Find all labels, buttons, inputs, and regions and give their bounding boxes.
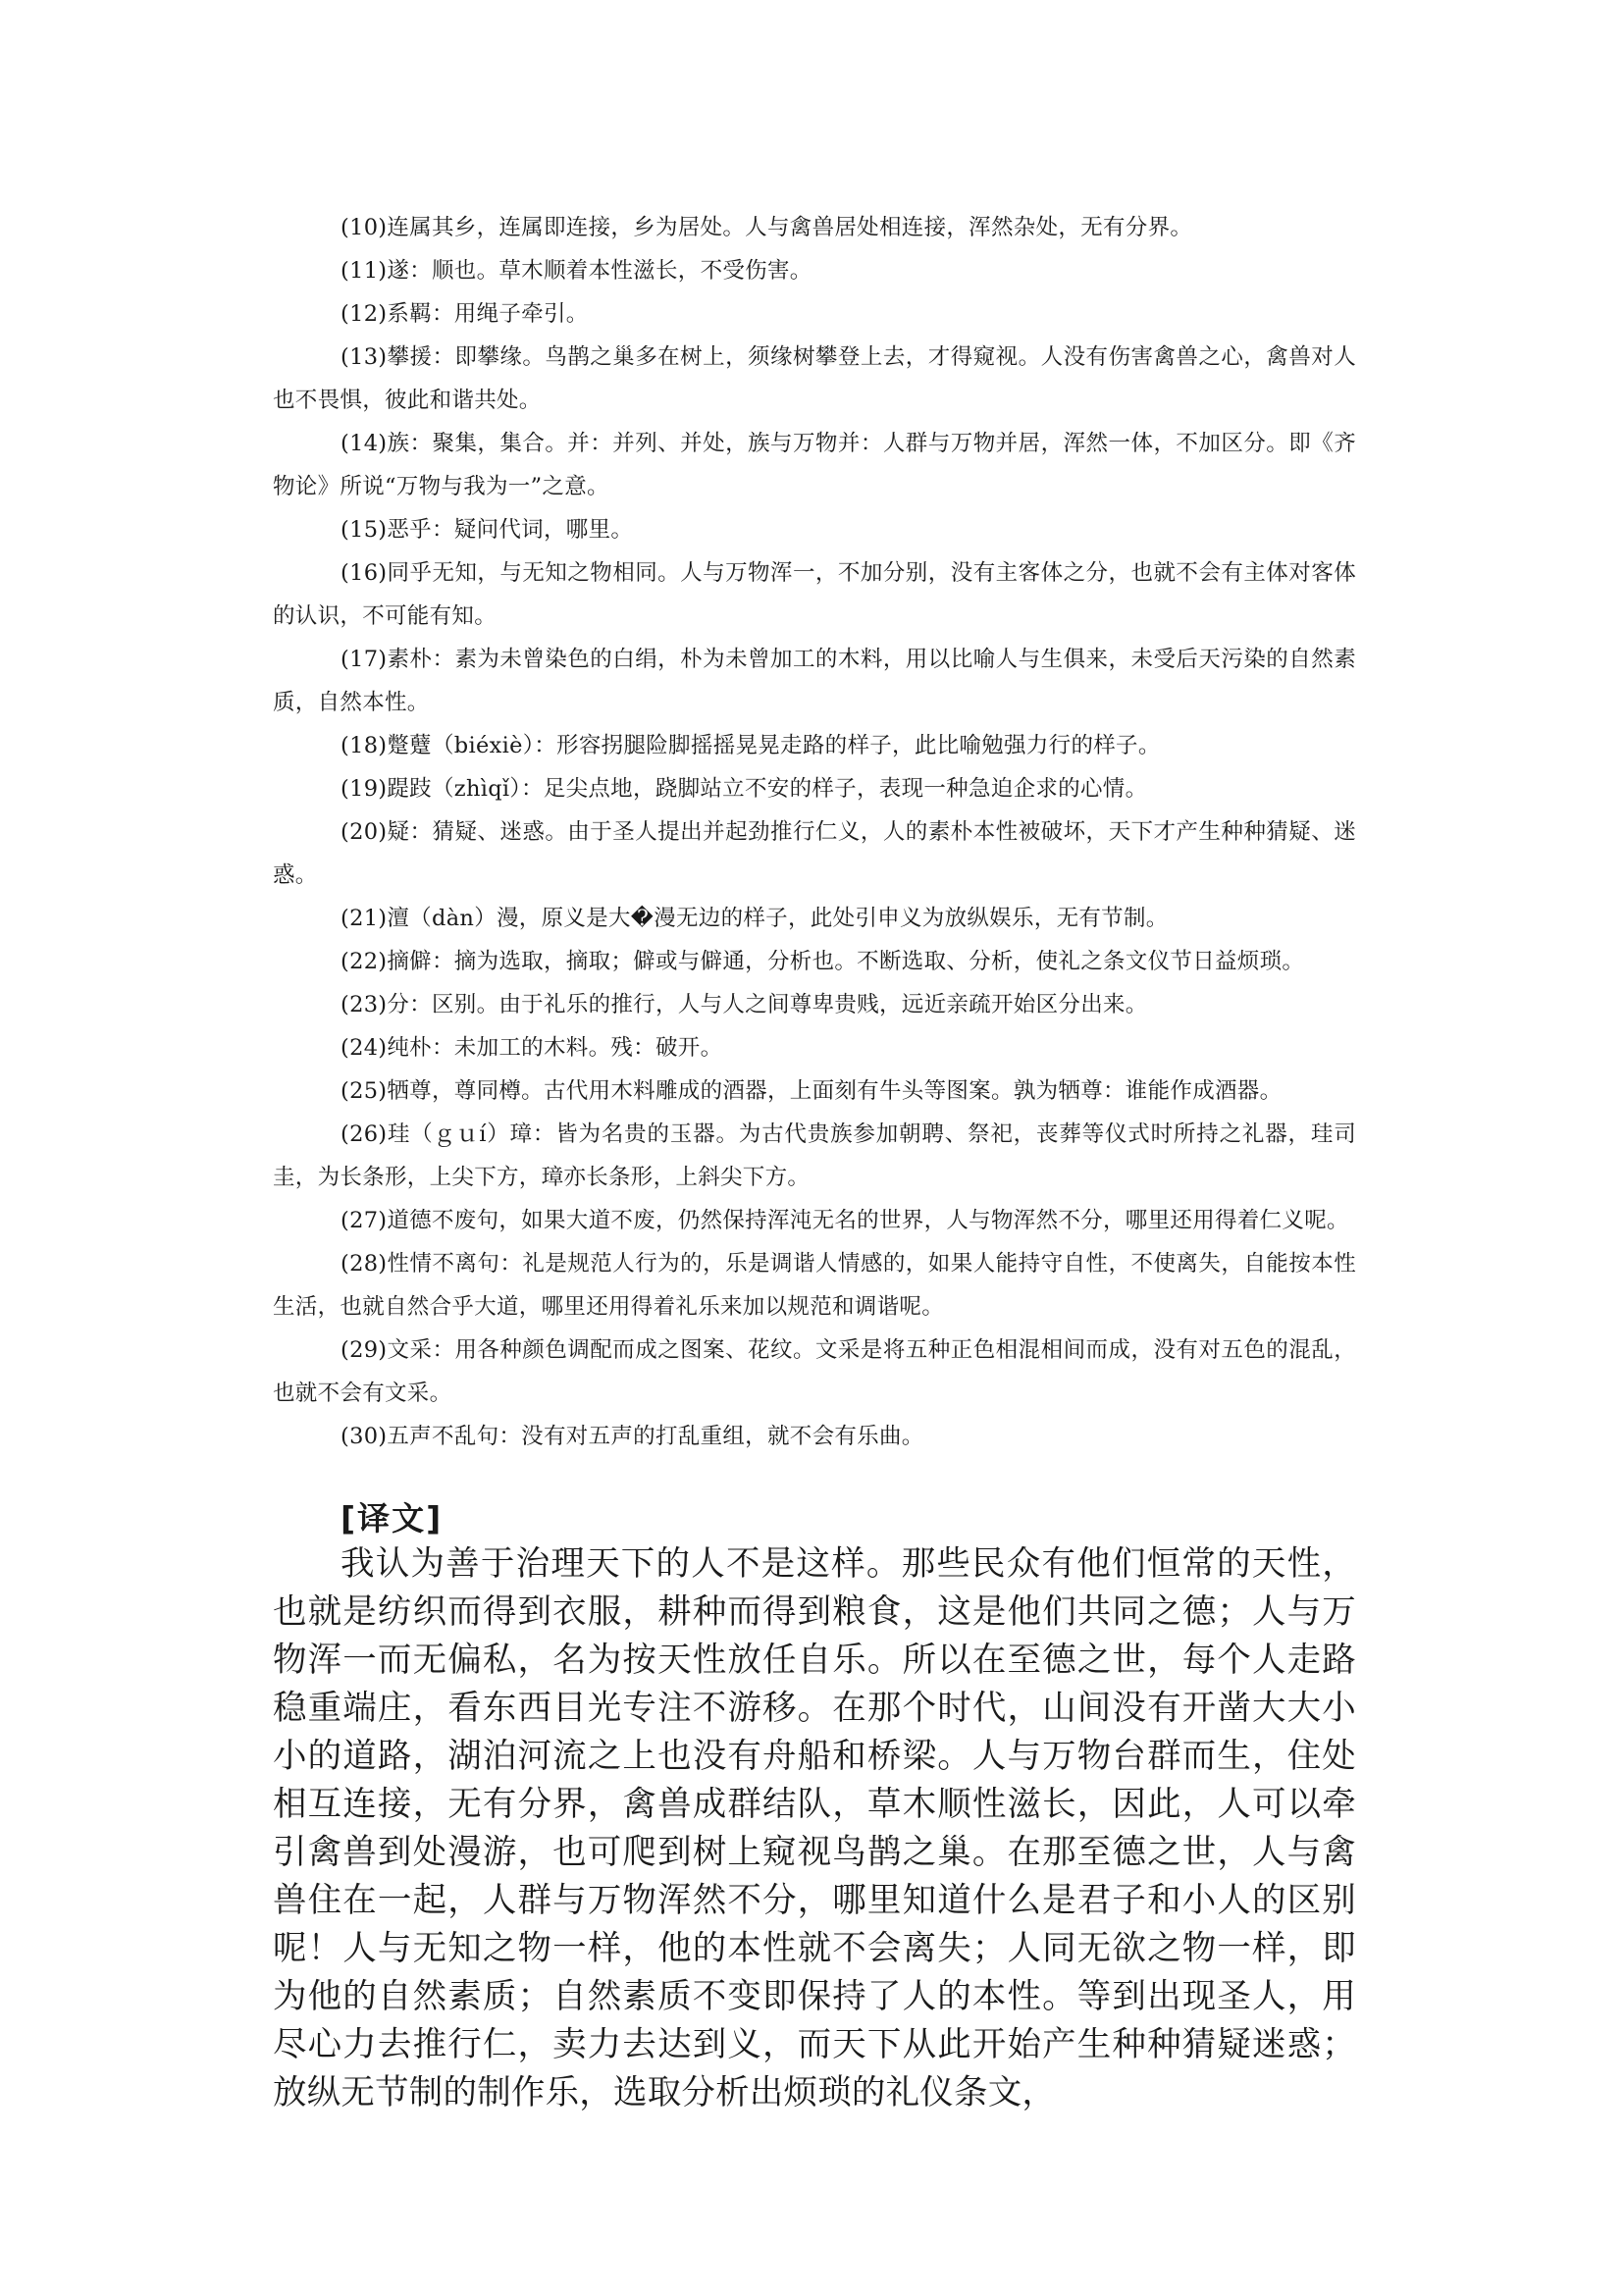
note-29: (29)文采：用各种颜色调配而成之图案、花纹。文采是将五种正色相混相间而成，没有… [273,1329,1356,1415]
note-16: (16)同乎无知，与无知之物相同。人与万物浑一，不加分别，没有主客体之分，也就不… [273,551,1356,638]
note-27: (27)道德不废句，如果大道不废，仍然保持浑沌无名的世界，人与物浑然不分，哪里还… [273,1199,1356,1242]
note-18: (18)蹩躠（biéxiè）：形容拐腿险脚摇摇晃晃走路的样子，此比喻勉强力行的样… [273,724,1356,767]
note-19: (19)踶跂（zhìqǐ）：足尖点地，跷脚站立不安的样子，表现一种急迫企求的心情… [273,767,1356,810]
note-30: (30)五声不乱句：没有对五声的打乱重组，就不会有乐曲。 [273,1415,1356,1458]
note-13: (13)攀援：即攀缘。鸟鹊之巢多在树上，须缘树攀登上去，才得窥视。人没有伤害禽兽… [273,336,1356,422]
note-21: (21)澶（dàn）漫，原义是大�漫无边的样子，此处引申义为放纵娱乐，无有节制。 [273,897,1356,940]
note-25: (25)牺尊，尊同樽。古代用木料雕成的酒器，上面刻有牛头等图案。孰为牺尊：谁能作… [273,1069,1356,1113]
note-17: (17)素朴：素为未曾染色的白绢，朴为未曾加工的木料，用以比喻人与生俱来，未受后… [273,638,1356,724]
note-24: (24)纯朴：未加工的木料。残：破开。 [273,1026,1356,1069]
translation-section: [译文] 我认为善于治理天下的人不是这样。那些民众有他们恒常的天性，也就是纺织而… [273,1497,1356,2117]
note-26: (26)珪（ｇｕí）璋：皆为名贵的玉器。为古代贵族参加朝聘、祭祀，丧葬等仪式时所… [273,1113,1356,1199]
note-10: (10)连属其乡，连属即连接，乡为居处。人与禽兽居处相连接，浑然杂处，无有分界。 [273,206,1356,249]
note-12: (12)系羁：用绳子牵引。 [273,292,1356,336]
translation-heading: [译文] [341,1497,1356,1540]
note-14: (14)族：聚集，集合。并：并列、并处，族与万物并：人群与万物并居，浑然一体，不… [273,422,1356,508]
document-page: (10)连属其乡，连属即连接，乡为居处。人与禽兽居处相连接，浑然杂处，无有分界。… [273,206,1356,2117]
translation-body: 我认为善于治理天下的人不是这样。那些民众有他们恒常的天性，也就是纺织而得到衣服，… [273,1540,1356,2117]
annotations-section: (10)连属其乡，连属即连接，乡为居处。人与禽兽居处相连接，浑然杂处，无有分界。… [273,206,1356,1458]
note-15: (15)恶乎：疑问代词，哪里。 [273,508,1356,551]
note-20: (20)疑：猜疑、迷惑。由于圣人提出并起劲推行仁义，人的素朴本性被破坏，天下才产… [273,810,1356,897]
note-22: (22)摘僻：摘为选取，摘取；僻或与僻通，分析也。不断选取、分析，使礼之条文仪节… [273,940,1356,983]
note-11: (11)遂：顺也。草木顺着本性滋长，不受伤害。 [273,249,1356,292]
note-23: (23)分：区别。由于礼乐的推行，人与人之间尊卑贵贱，远近亲疏开始区分出来。 [273,983,1356,1026]
note-28: (28)性情不离句：礼是规范人行为的，乐是调谐人情感的，如果人能持守自性，不使离… [273,1242,1356,1329]
